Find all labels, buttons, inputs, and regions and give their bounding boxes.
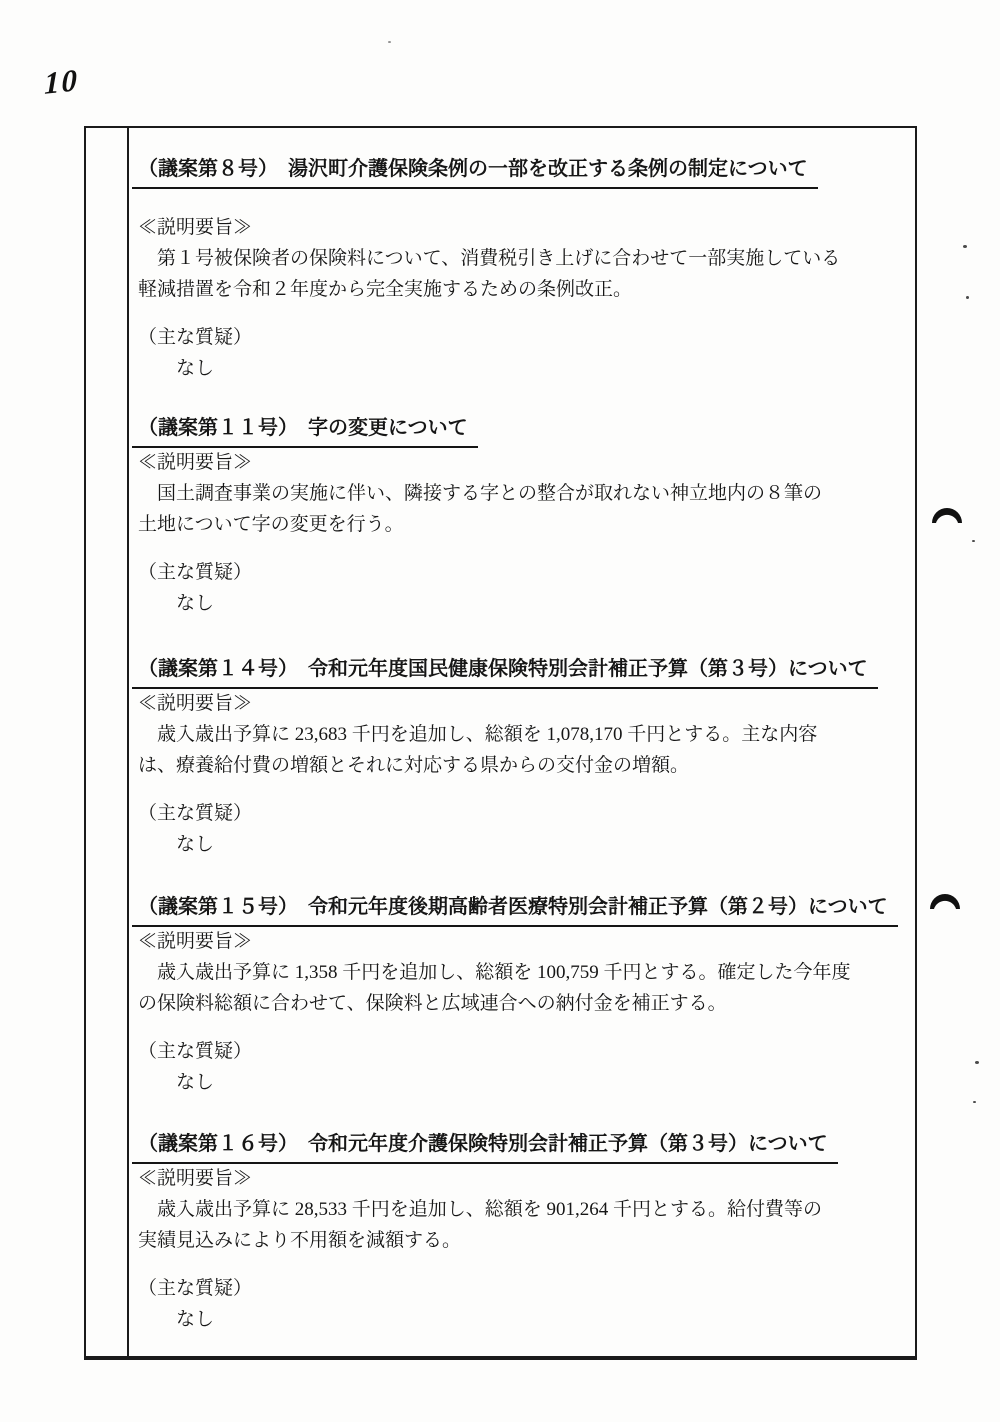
left-margin-rule [127,128,129,1356]
section-heading: （議案第１４号） 令和元年度国民健康保険特別会計補正予算（第３号）について [132,654,905,689]
section-heading: （議案第１１号） 字の変更について [132,413,905,448]
section-heading-text: （議案第１５号） 令和元年度後期高齢者医療特別会計補正予算（第２号）について [132,892,898,927]
scan-speck [975,1061,979,1064]
handwritten-page-number: 10 [44,62,79,102]
questions-label: （主な質疑） [138,798,905,829]
scan-speck [388,41,391,43]
section-heading-text: （議案第１１号） 字の変更について [132,413,478,448]
section-heading-text: （議案第１４号） 令和元年度国民健康保険特別会計補正予算（第３号）について [132,654,878,689]
questions-label: （主な質疑） [138,557,905,588]
summary-body: 歳入歳出予算に 28,533 千円を追加し、総額を 901,264 千円とする。… [138,1194,905,1256]
summary-body: 歳入歳出予算に 1,358 千円を追加し、総額を 100,759 千円とする。確… [138,957,905,1019]
section-heading-text: （議案第８号） 湯沢町介護保険条例の一部を改正する条例の制定について [132,154,818,189]
summary-label: ≪説明要旨≫ [138,926,905,957]
binding-mark-icon [930,500,964,525]
section-heading: （議案第１５号） 令和元年度後期高齢者医療特別会計補正予算（第２号）について [132,892,905,927]
summary-label: ≪説明要旨≫ [138,688,905,719]
section-heading: （議案第８号） 湯沢町介護保険条例の一部を改正する条例の制定について [132,154,905,189]
summary-body: 第１号被保険者の保険料について、消費税引き上げに合わせて一部実施している 軽減措… [138,243,905,305]
summary-label: ≪説明要旨≫ [138,212,905,243]
questions-answer: なし [138,353,905,384]
scanned-document-page: { "page": { "page_number": "10" }, "sect… [0,0,1000,1422]
agenda-section-8: （議案第８号） 湯沢町介護保険条例の一部を改正する条例の制定について ≪説明要旨… [132,154,905,384]
summary-label: ≪説明要旨≫ [138,1163,905,1194]
questions-answer: なし [138,1067,905,1098]
agenda-section-11: （議案第１１号） 字の変更について ≪説明要旨≫ 国土調査事業の実施に伴い、隣接… [132,413,905,619]
scan-speck [972,540,975,542]
questions-label: （主な質疑） [138,322,905,353]
questions-answer: なし [138,588,905,619]
agenda-section-14: （議案第１４号） 令和元年度国民健康保険特別会計補正予算（第３号）について ≪説… [132,654,905,860]
questions-label: （主な質疑） [138,1273,905,1304]
summary-label: ≪説明要旨≫ [138,447,905,478]
section-heading: （議案第１６号） 令和元年度介護保険特別会計補正予算（第３号）について [132,1129,905,1164]
scan-speck [963,245,967,248]
summary-body: 歳入歳出予算に 23,683 千円を追加し、総額を 1,078,170 千円とす… [138,719,905,781]
scan-speck [966,296,969,299]
scan-speck [973,1101,976,1103]
questions-answer: なし [138,1304,905,1335]
agenda-section-15: （議案第１５号） 令和元年度後期高齢者医療特別会計補正予算（第２号）について ≪… [132,892,905,1098]
binding-mark-icon [928,886,962,911]
questions-answer: なし [138,829,905,860]
questions-label: （主な質疑） [138,1036,905,1067]
summary-body: 国土調査事業の実施に伴い、隣接する字との整合が取れない神立地内の８筆の 土地につ… [138,478,905,540]
agenda-section-16: （議案第１６号） 令和元年度介護保険特別会計補正予算（第３号）について ≪説明要… [132,1129,905,1335]
content-frame: （議案第８号） 湯沢町介護保険条例の一部を改正する条例の制定について ≪説明要旨… [84,126,917,1360]
section-heading-text: （議案第１６号） 令和元年度介護保険特別会計補正予算（第３号）について [132,1129,838,1164]
